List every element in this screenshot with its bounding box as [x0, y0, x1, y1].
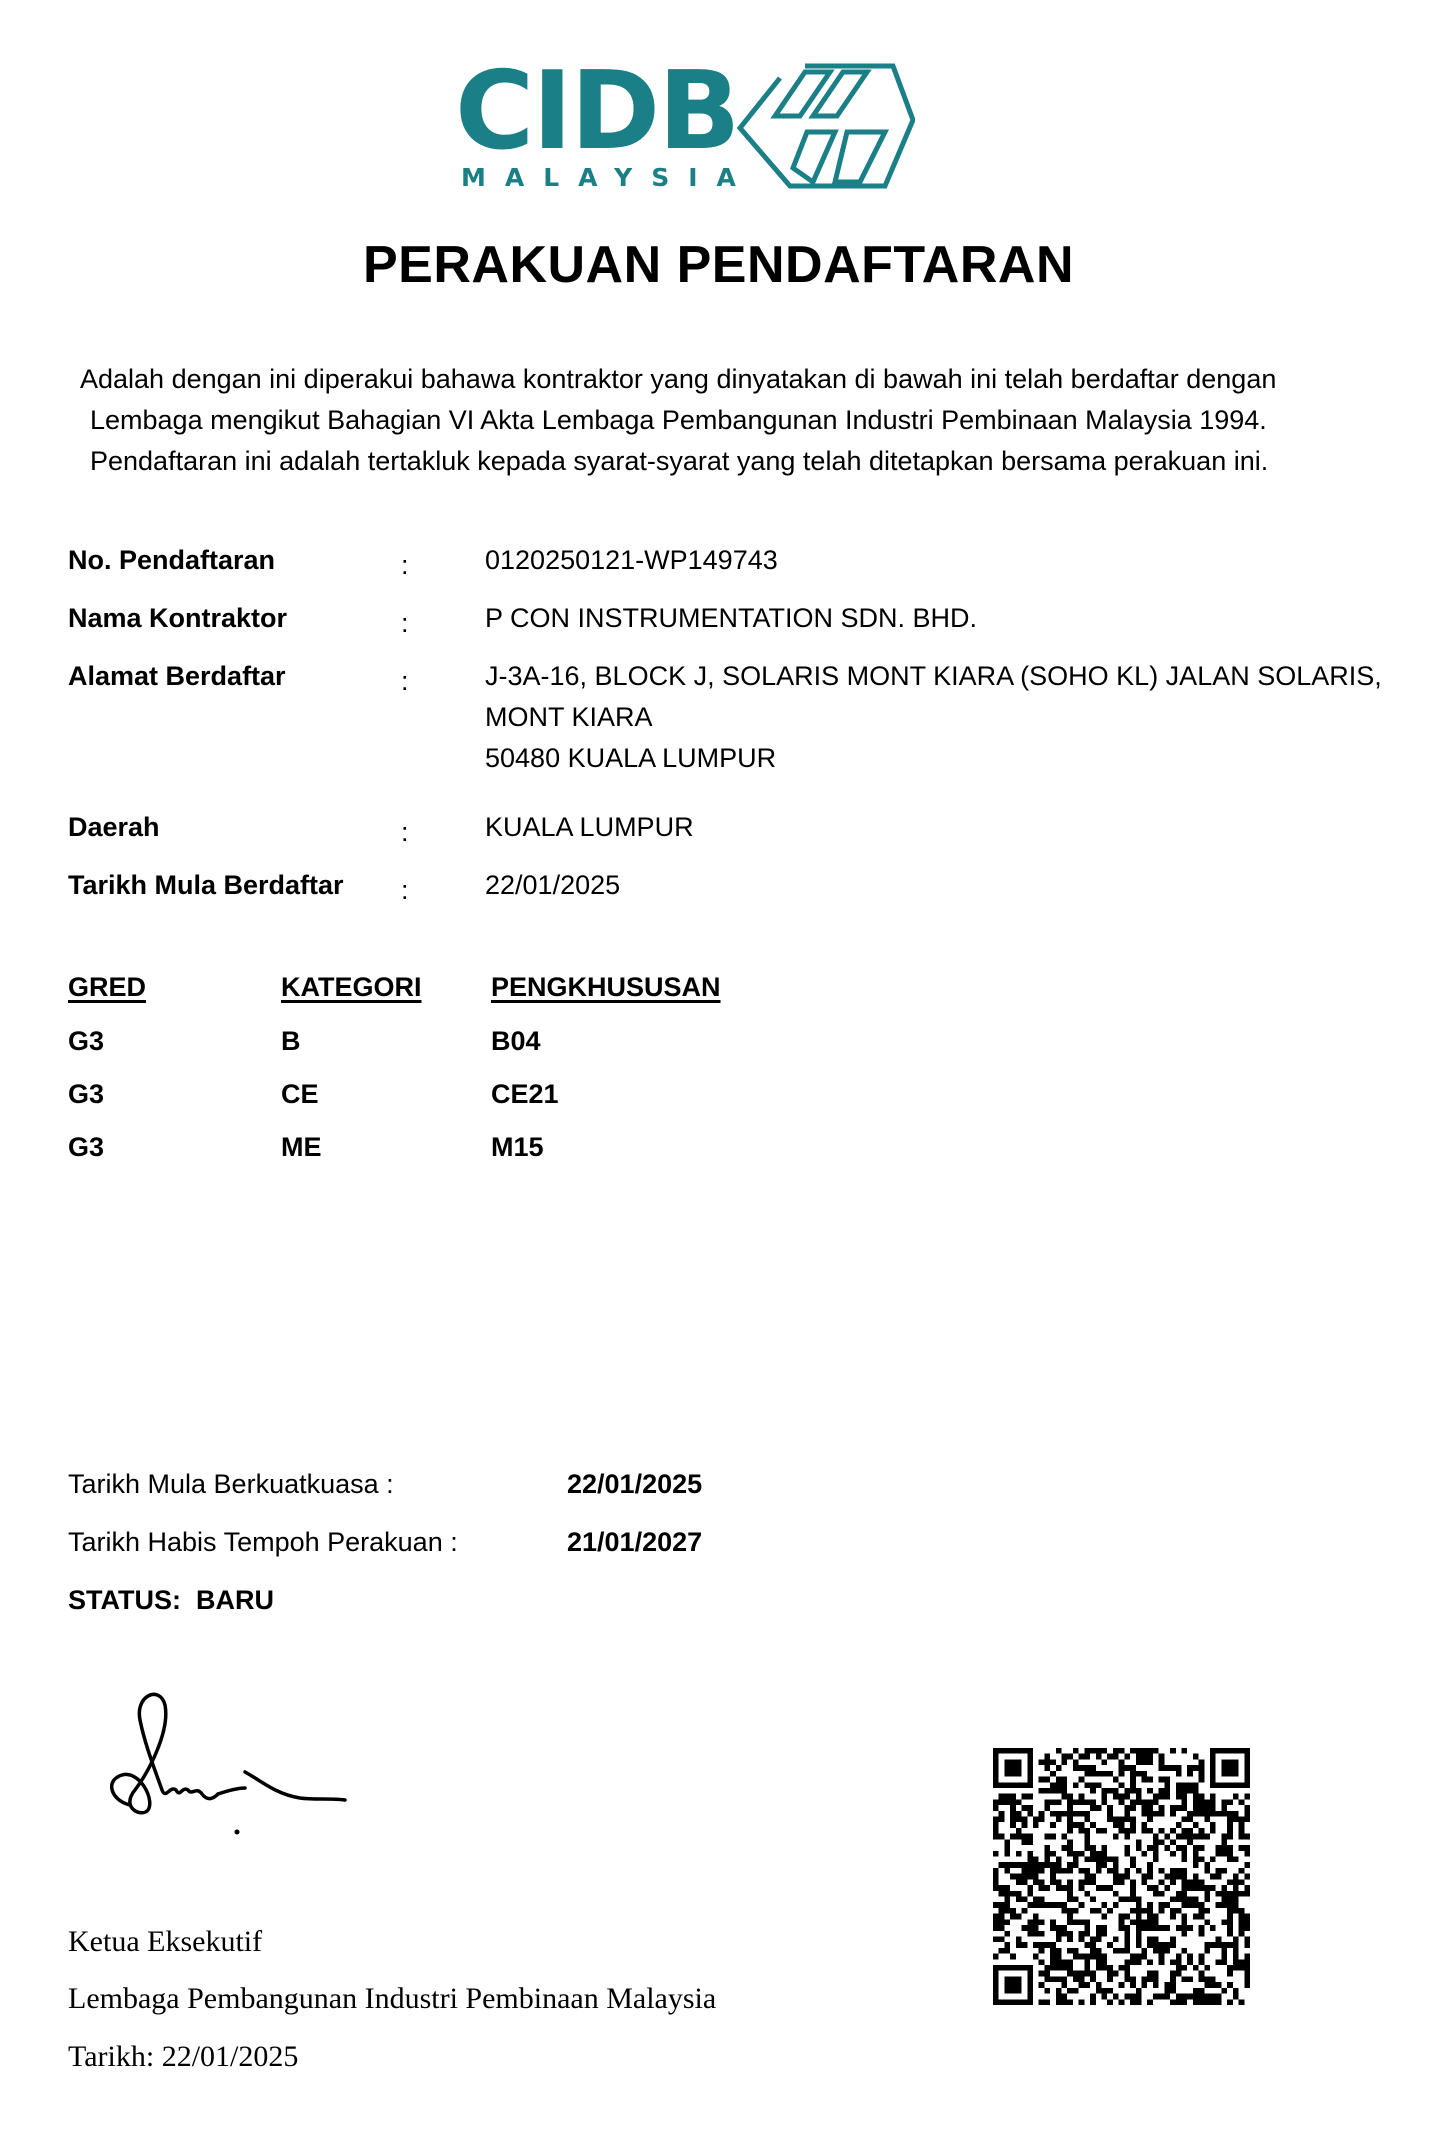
district-label: Daerah	[68, 812, 160, 843]
logo-wordmark: CIDB	[455, 58, 738, 166]
effective-date-label: Tarikh Mula Berkuatkuasa :	[68, 1469, 394, 1500]
address-line-2: MONT KIARA	[485, 702, 653, 733]
separator: :	[401, 608, 409, 639]
cell-gred: G3	[68, 1079, 104, 1110]
cell-pengkhususan: CE21	[491, 1079, 559, 1110]
cell-gred: G3	[68, 1132, 104, 1163]
cidb-hexagon-mark-icon	[735, 58, 915, 193]
address-line-1: J-3A-16, BLOCK J, SOLARIS MONT KIARA (SO…	[485, 661, 1382, 692]
header-kategori: KATEGORI	[281, 972, 422, 1003]
address-line-3: 50480 KUALA LUMPUR	[485, 743, 776, 774]
cell-kategori: B	[281, 1026, 301, 1057]
expiry-date-label: Tarikh Habis Tempoh Perakuan :	[68, 1527, 458, 1558]
expiry-date-value: 21/01/2027	[567, 1527, 702, 1558]
signatory-date: Tarikh: 22/01/2025	[68, 2040, 298, 2074]
district-value: KUALA LUMPUR	[485, 812, 694, 843]
registration-no-value: 0120250121-WP149743	[485, 545, 778, 576]
cell-pengkhususan: B04	[491, 1026, 541, 1057]
contractor-name-value: P CON INSTRUMENTATION SDN. BHD.	[485, 603, 977, 634]
status-badge: STATUS: BARU	[68, 1585, 274, 1616]
separator: :	[401, 875, 409, 906]
separator: :	[401, 817, 409, 848]
logo-subtitle: MALAYSIA	[461, 163, 755, 192]
registration-start-value: 22/01/2025	[485, 870, 620, 901]
intro-line-2: Lembaga mengikut Bahagian VI Akta Lembag…	[90, 405, 1267, 436]
document-title: PERAKUAN PENDAFTARAN	[0, 235, 1437, 295]
cell-pengkhususan: M15	[491, 1132, 544, 1163]
signature-icon	[100, 1690, 360, 1840]
separator: :	[401, 550, 409, 581]
effective-date-value: 22/01/2025	[567, 1469, 702, 1500]
separator: :	[401, 666, 409, 697]
header-gred: GRED	[68, 972, 146, 1003]
registration-start-label: Tarikh Mula Berdaftar	[68, 870, 344, 901]
intro-line-3: Pendaftaran ini adalah tertakluk kepada …	[90, 446, 1268, 477]
registration-no-label: No. Pendaftaran	[68, 545, 275, 576]
cell-kategori: CE	[281, 1079, 319, 1110]
cell-gred: G3	[68, 1026, 104, 1057]
cell-kategori: ME	[281, 1132, 322, 1163]
header-pengkhususan: PENGKHUSUSAN	[491, 972, 721, 1003]
cidb-logo: CIDB MALAYSIA	[455, 58, 915, 198]
qr-code-icon	[993, 1748, 1250, 2005]
signatory-position: Ketua Eksekutif	[68, 1925, 262, 1959]
contractor-name-label: Nama Kontraktor	[68, 603, 287, 634]
signatory-organization: Lembaga Pembangunan Industri Pembinaan M…	[68, 1982, 716, 2016]
address-label: Alamat Berdaftar	[68, 661, 286, 692]
intro-line-1: Adalah dengan ini diperakui bahawa kontr…	[80, 364, 1276, 395]
